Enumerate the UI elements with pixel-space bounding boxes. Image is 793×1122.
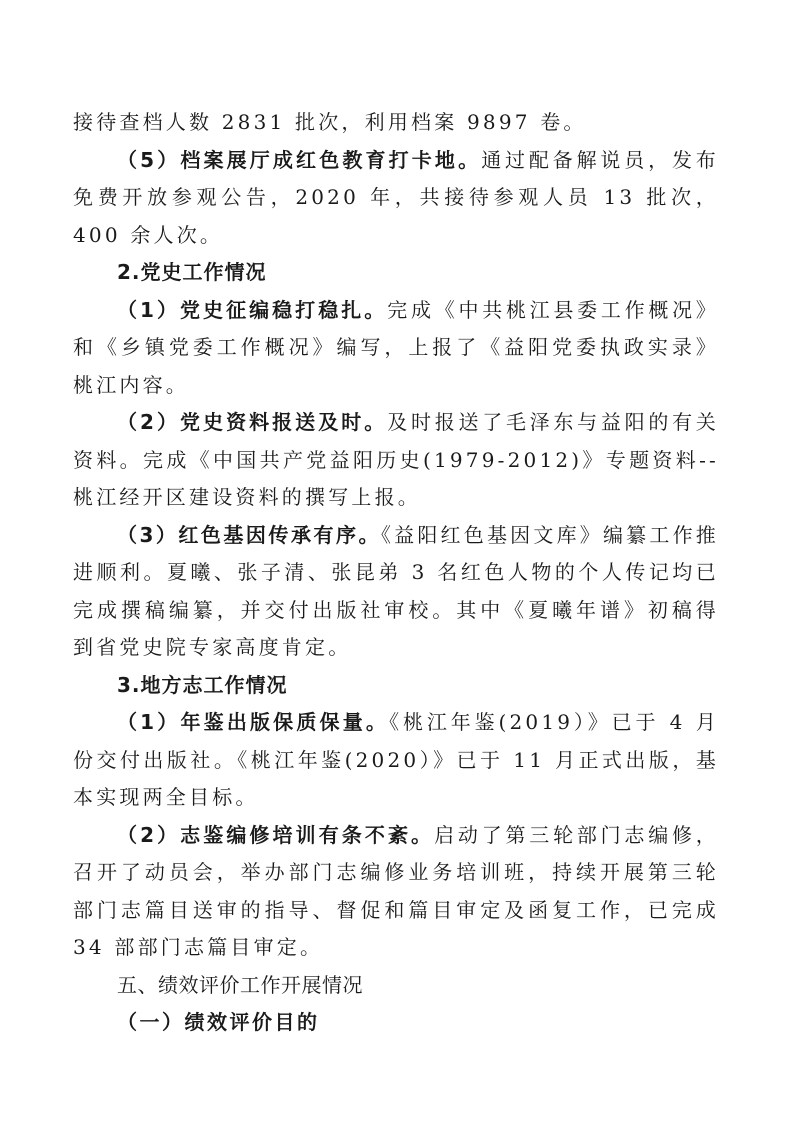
paragraph-party-history-materials: （2）党史资料报送及时。及时报送了毛泽东与益阳的有关资料。完成《中国共产党益阳历… [73,404,719,517]
paragraph-lead: （3）红色基因传承有序。 [117,523,381,547]
paragraph-yearbook: （1）年鉴出版保质保量。《桃江年鉴(2019）》已于 4 月份交付出版社。《桃江… [73,704,719,817]
paragraph-lead: （2）党史资料报送及时。 [117,410,387,434]
section-heading-evaluation-purpose: （一）绩效评价目的 [73,1004,719,1042]
heading-performance-evaluation: 五、绩效评价工作开展情况 [73,967,719,1005]
paragraph-lead: （1）年鉴出版保质保量。 [117,710,389,734]
paragraph-archive-visits: 接待查档人数 2831 批次，利用档案 9897 卷。 [73,104,719,142]
paragraph-lead: （1）党史征编稳打稳扎。 [117,298,387,322]
subheading-local-chronicles: 3.地方志工作情况 [73,667,719,705]
document-page: 接待查档人数 2831 批次，利用档案 9897 卷。 （5）档案展厅成红色教育… [73,104,719,1042]
subheading-party-history: 2.党史工作情况 [73,254,719,292]
paragraph-chronicle-training: （2）志鉴编修培训有条不紊。启动了第三轮部门志编修，召开了动员会，举办部门志编修… [73,817,719,967]
paragraph-lead: （5）档案展厅成红色教育打卡地。 [117,148,481,172]
paragraph-red-gene: （3）红色基因传承有序。《益阳红色基因文库》编纂工作推进顺利。夏曦、张子清、张昆… [73,517,719,667]
paragraph-lead: （2）志鉴编修培训有条不紊。 [117,823,434,847]
paragraph-text: 接待查档人数 2831 批次，利用档案 9897 卷。 [73,110,587,134]
paragraph-archive-hall: （5）档案展厅成红色教育打卡地。通过配备解说员，发布免费开放参观公告，2020 … [73,142,719,255]
paragraph-party-history-compilation: （1）党史征编稳打稳扎。完成《中共桃江县委工作概况》和《乡镇党委工作概况》编写，… [73,292,719,405]
